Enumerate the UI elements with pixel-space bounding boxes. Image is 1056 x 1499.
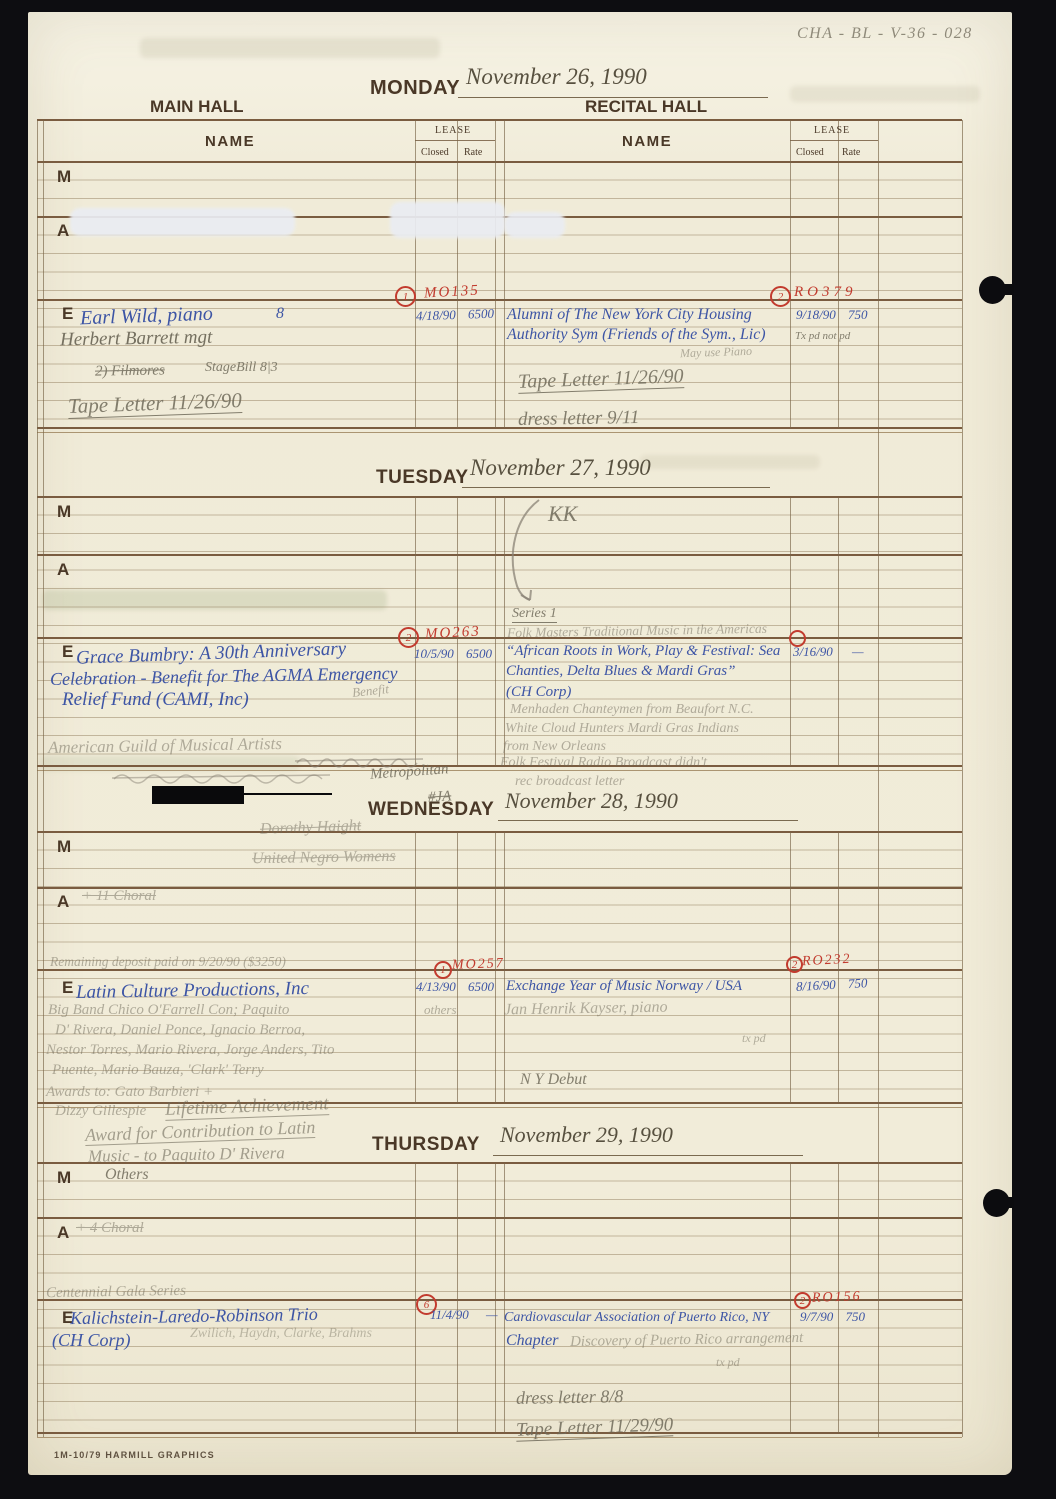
booking-circled-number: 2	[786, 956, 803, 973]
bleed-through-smudge	[640, 455, 820, 469]
date-underline	[462, 487, 770, 488]
booking-code: MO263	[425, 624, 482, 644]
day-date-thursday: November 29, 1990	[500, 1122, 673, 1148]
column-header-rate-main: Rate	[464, 147, 482, 158]
column-header-name-main: NAME	[205, 133, 255, 150]
entry-line: (CH Corp)	[506, 685, 571, 700]
heavy-rule	[37, 1217, 962, 1219]
heavy-rule	[37, 161, 962, 163]
day-date-monday: November 26, 1990	[466, 64, 647, 90]
column-header-closed-recital: Closed	[796, 147, 824, 158]
whiteout-patch	[390, 202, 505, 238]
program-note: Zwilich, Haydn, Clarke, Brahms	[190, 1327, 372, 1341]
row-label-afternoon: A	[57, 221, 69, 241]
booking-circled-number: 2	[398, 627, 419, 648]
heavy-rule	[37, 887, 962, 889]
entry-line: Chapter	[506, 1333, 558, 1349]
personnel-note: Puente, Mario Bauza, 'Clark' Terry	[52, 1063, 264, 1078]
personnel-note: D' Rivera, Daniel Ponce, Ignacio Berroa,	[55, 1023, 305, 1038]
lease-closed-rate: 4/13/90 6500	[416, 979, 494, 995]
struck-note: 2) Filmores	[95, 363, 165, 379]
grid-line	[790, 140, 878, 141]
guild-note: American Guild of Musical Artists	[48, 735, 282, 756]
bleed-through-smudge	[140, 38, 440, 58]
lease-closed-rate: 3/16/90 —	[793, 644, 864, 660]
entry-number: 8	[276, 306, 284, 322]
whiteout-patch	[70, 208, 295, 236]
lease-closed-rate: 10/5/90 6500	[414, 646, 492, 662]
whiteout-patch	[505, 212, 565, 238]
entry-management: Herbert Barrett mgt	[60, 328, 213, 350]
punch-hole-slot	[998, 284, 1014, 295]
column-line	[790, 120, 791, 428]
row-label-afternoon: A	[57, 1223, 69, 1243]
column-line	[457, 1163, 458, 1433]
day-label-monday: MONDAY	[370, 77, 460, 100]
column-line	[838, 120, 839, 428]
row-label-evening: E	[62, 978, 73, 998]
column-line	[495, 497, 496, 766]
booking-circled-number: 2	[770, 286, 791, 307]
scanned-ledger-page: CHA - BL - V-36 - 028 MONDAY November 26…	[0, 0, 1056, 1499]
tax-note: Tx pd not pd	[795, 331, 850, 342]
crossed-out-scribble	[112, 768, 332, 786]
row-label-morning: M	[57, 837, 71, 857]
row-label-morning: M	[57, 502, 71, 522]
lease-closed-rate: 9/18/90 750	[796, 307, 867, 323]
heavy-rule	[37, 831, 962, 833]
column-line	[962, 120, 963, 1437]
broadcast-note: Folk Festival Radio Broadcast didn't	[500, 756, 707, 770]
column-line	[495, 120, 496, 428]
booking-code: RO156	[812, 1289, 862, 1307]
column-line	[43, 120, 44, 1437]
heavy-rule	[37, 119, 962, 121]
lease-closed-rate: 11/4/90 —	[430, 1307, 498, 1323]
row-label-morning: M	[57, 1168, 71, 1188]
ruled-lines-tuesday	[37, 497, 962, 766]
redaction-line	[244, 793, 332, 795]
row-label-morning: M	[57, 167, 71, 187]
day-date-wednesday: November 28, 1990	[505, 788, 678, 814]
dress-letter-note: dress letter 9/11	[518, 408, 640, 429]
broadcast-note: rec broadcast letter	[515, 775, 624, 789]
personnel-note: Big Band Chico O'Farrell Con; Paquito	[48, 1003, 289, 1018]
bleed-through-smudge	[790, 86, 980, 102]
lease-closed-rate: 9/7/90 750	[800, 1309, 865, 1325]
entry-line: Exchange Year of Music Norway / USA	[506, 979, 742, 994]
column-line	[415, 120, 416, 428]
program-note: from New Orleans	[503, 740, 606, 754]
debut-note: N Y Debut	[520, 1072, 587, 1088]
booking-code: MO257	[452, 956, 505, 974]
booking-circled-number: 1	[395, 286, 416, 307]
column-header-name-recital: NAME	[622, 133, 672, 150]
struck-note: United Negro Womens	[252, 849, 396, 868]
column-line	[504, 1163, 505, 1433]
column-line	[838, 497, 839, 766]
column-line	[504, 120, 505, 428]
program-note: White Cloud Hunters Mardi Gras Indians	[505, 722, 739, 736]
series-note: Centennial Gala Series	[46, 1284, 186, 1301]
circled-number-text: 6	[424, 1299, 430, 1311]
entry-line: Alumni of The New York City Housing	[507, 307, 752, 323]
booking-code: RO232	[802, 952, 852, 971]
circled-number-text: 2	[800, 1295, 806, 1307]
entry-line: (CH Corp)	[52, 1331, 131, 1349]
day-label-tuesday: TUESDAY	[376, 467, 469, 489]
grid-line	[415, 140, 495, 141]
entry-line: Cardiovascular Association of Puerto Ric…	[504, 1311, 769, 1325]
entry-line: Kalichstein-Laredo-Robinson Trio	[70, 1305, 318, 1327]
heavy-rule	[37, 637, 962, 639]
column-header-rate-recital: Rate	[842, 147, 860, 158]
circled-number-text: 2	[406, 632, 412, 644]
column-header-closed-main: Closed	[421, 147, 449, 158]
others-note: others	[424, 1003, 457, 1016]
column-line	[415, 832, 416, 1103]
struck-note: + 11 Choral	[82, 889, 156, 904]
column-line	[37, 120, 38, 1437]
heavy-rule	[37, 496, 962, 498]
circled-number-text: 2	[792, 959, 798, 971]
stagebill-note: StageBill 8|3	[205, 361, 278, 375]
column-line	[790, 1163, 791, 1433]
booking-circled-number: 1	[434, 961, 452, 979]
heavy-rule	[37, 1432, 962, 1434]
column-header-lease-recital: LEASE	[814, 125, 850, 136]
benefit-note: Benefit	[351, 682, 389, 699]
heavy-rule	[37, 554, 962, 556]
awards-note: Dizzy Gillespie	[55, 1104, 146, 1119]
entry-line: Latin Culture Productions, Inc	[76, 979, 309, 1002]
tax-note: tx pd	[742, 1032, 766, 1044]
document-code: CHA - BL - V-36 - 028	[797, 26, 973, 42]
booking-code: RO379	[794, 284, 857, 301]
struck-note: + 4 Choral	[76, 1221, 144, 1236]
circled-number-text: 2	[778, 291, 784, 303]
column-line	[457, 120, 458, 428]
booking-code: MO135	[424, 283, 481, 303]
row-label-evening: E	[62, 642, 73, 662]
entry-line: Relief Fund (CAMI, Inc)	[62, 690, 249, 709]
date-underline	[498, 820, 798, 821]
kk-note: KK	[548, 503, 577, 525]
entry-line: “African Roots in Work, Play & Festival:…	[506, 644, 780, 659]
booking-circled-number: 2	[794, 1292, 811, 1309]
awards-note: Music - to Paquito D' Rivera	[88, 1144, 285, 1164]
recital-hall-heading: RECITAL HALL	[585, 97, 707, 117]
entry-artist: Earl Wild, piano	[80, 304, 213, 329]
piano-note: May use Piano	[680, 345, 752, 360]
circled-number-text: 1	[403, 291, 409, 303]
heavy-rule	[37, 427, 962, 429]
dress-letter-note: dress letter 8/8	[516, 1387, 624, 1407]
entry-line: Authority Sym (Friends of the Sym., Lic)	[507, 327, 766, 343]
day-label-thursday: THURSDAY	[372, 1134, 480, 1156]
printer-imprint: 1M-10/79 HARMILL GRAPHICS	[54, 1450, 215, 1460]
program-note: Menhaden Chanteymen from Beaufort N.C.	[510, 703, 754, 717]
date-underline	[493, 1155, 803, 1156]
lease-closed-rate: 4/18/90 6500	[416, 306, 494, 325]
column-line	[495, 1163, 496, 1433]
redaction-box	[152, 786, 244, 804]
pencil-arrow-curve	[505, 496, 551, 604]
entry-artist: Jan Henrik Kayser, piano	[504, 1000, 668, 1019]
entry-line: Chanties, Delta Blues & Mardi Gras”	[506, 664, 735, 679]
series-note: Series 1	[512, 607, 557, 623]
day-label-wednesday: WEDNESDAY	[368, 799, 494, 821]
tax-note: tx pd	[716, 1356, 740, 1368]
heavy-rule-companion	[37, 1437, 962, 1438]
circled-number-text: 1	[440, 964, 446, 976]
main-hall-heading: MAIN HALL	[150, 97, 243, 117]
day-date-tuesday: November 27, 1990	[470, 455, 651, 481]
row-label-afternoon: A	[57, 892, 69, 912]
punch-hole-slot	[1000, 1197, 1014, 1208]
others-note: Others	[105, 1167, 149, 1183]
heavy-rule-companion	[37, 432, 962, 433]
row-label-afternoon: A	[57, 560, 69, 580]
column-line	[878, 120, 879, 1437]
column-line	[415, 1163, 416, 1433]
column-header-lease-main: LEASE	[435, 125, 471, 136]
personnel-note: Nestor Torres, Mario Rivera, Jorge Ander…	[46, 1043, 335, 1058]
deposit-note: Remaining deposit paid on 9/20/90 ($3250…	[50, 955, 286, 969]
row-label-evening: E	[62, 304, 73, 324]
